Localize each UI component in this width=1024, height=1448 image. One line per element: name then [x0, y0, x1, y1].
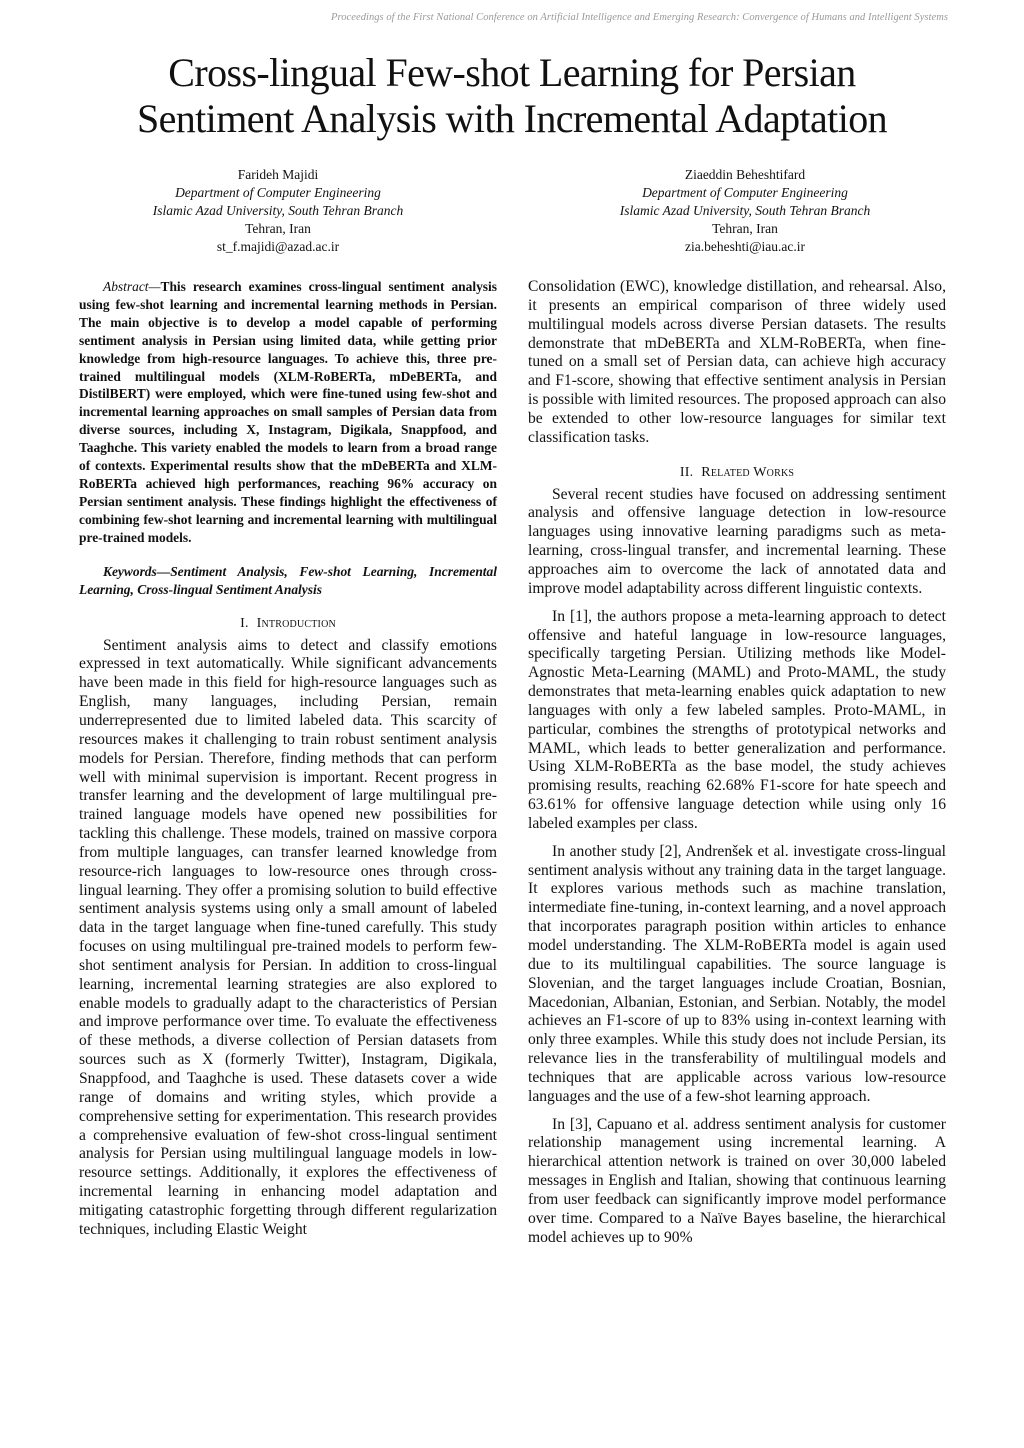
author-location: Tehran, Iran [78, 220, 478, 238]
related-works-paragraph: In another study [2], Andrenšek et al. i… [528, 843, 946, 1107]
author-name: Farideh Majidi [78, 166, 478, 184]
author-institution: Islamic Azad University, South Tehran Br… [545, 202, 945, 220]
section-number: II. [680, 465, 693, 480]
abstract: Abstract—This research examines cross-li… [79, 278, 497, 547]
section-number: I. [240, 616, 249, 631]
paper-title: Cross-lingual Few-shot Learning for Pers… [40, 50, 984, 142]
related-works-paragraph: In [1], the authors propose a meta-learn… [528, 608, 946, 834]
title-line-2: Sentiment Analysis with Incremental Adap… [137, 96, 887, 141]
introduction-paragraph: Sentiment analysis aims to detect and cl… [79, 637, 497, 1240]
section-heading-introduction: I.Introduction [79, 615, 497, 633]
section-title: Introduction [257, 616, 336, 631]
title-line-1: Cross-lingual Few-shot Learning for Pers… [168, 50, 855, 95]
author-department: Department of Computer Engineering [78, 184, 478, 202]
author-block-1: Farideh Majidi Department of Computer En… [78, 166, 478, 256]
left-column: Abstract—This research examines cross-li… [79, 278, 497, 1240]
related-works-paragraph: Several recent studies have focused on a… [528, 486, 946, 599]
author-department: Department of Computer Engineering [545, 184, 945, 202]
right-column: Consolidation (EWC), knowledge distillat… [528, 278, 946, 1248]
introduction-continuation: Consolidation (EWC), knowledge distillat… [528, 278, 946, 448]
abstract-text: This research examines cross-lingual sen… [79, 279, 497, 545]
author-name: Ziaeddin Beheshtifard [545, 166, 945, 184]
related-works-paragraph: In [3], Capuano et al. address sentiment… [528, 1116, 946, 1248]
running-header: Proceedings of the First National Confer… [0, 12, 948, 23]
author-email: st_f.majidi@azad.ac.ir [78, 238, 478, 256]
section-heading-related-works: II.Related Works [528, 464, 946, 482]
author-location: Tehran, Iran [545, 220, 945, 238]
keywords: Keywords—Sentiment Analysis, Few-shot Le… [79, 563, 497, 599]
section-title: Related Works [701, 465, 794, 480]
abstract-label: Abstract— [103, 279, 160, 294]
author-block-2: Ziaeddin Beheshtifard Department of Comp… [545, 166, 945, 256]
author-email: zia.beheshti@iau.ac.ir [545, 238, 945, 256]
author-institution: Islamic Azad University, South Tehran Br… [78, 202, 478, 220]
